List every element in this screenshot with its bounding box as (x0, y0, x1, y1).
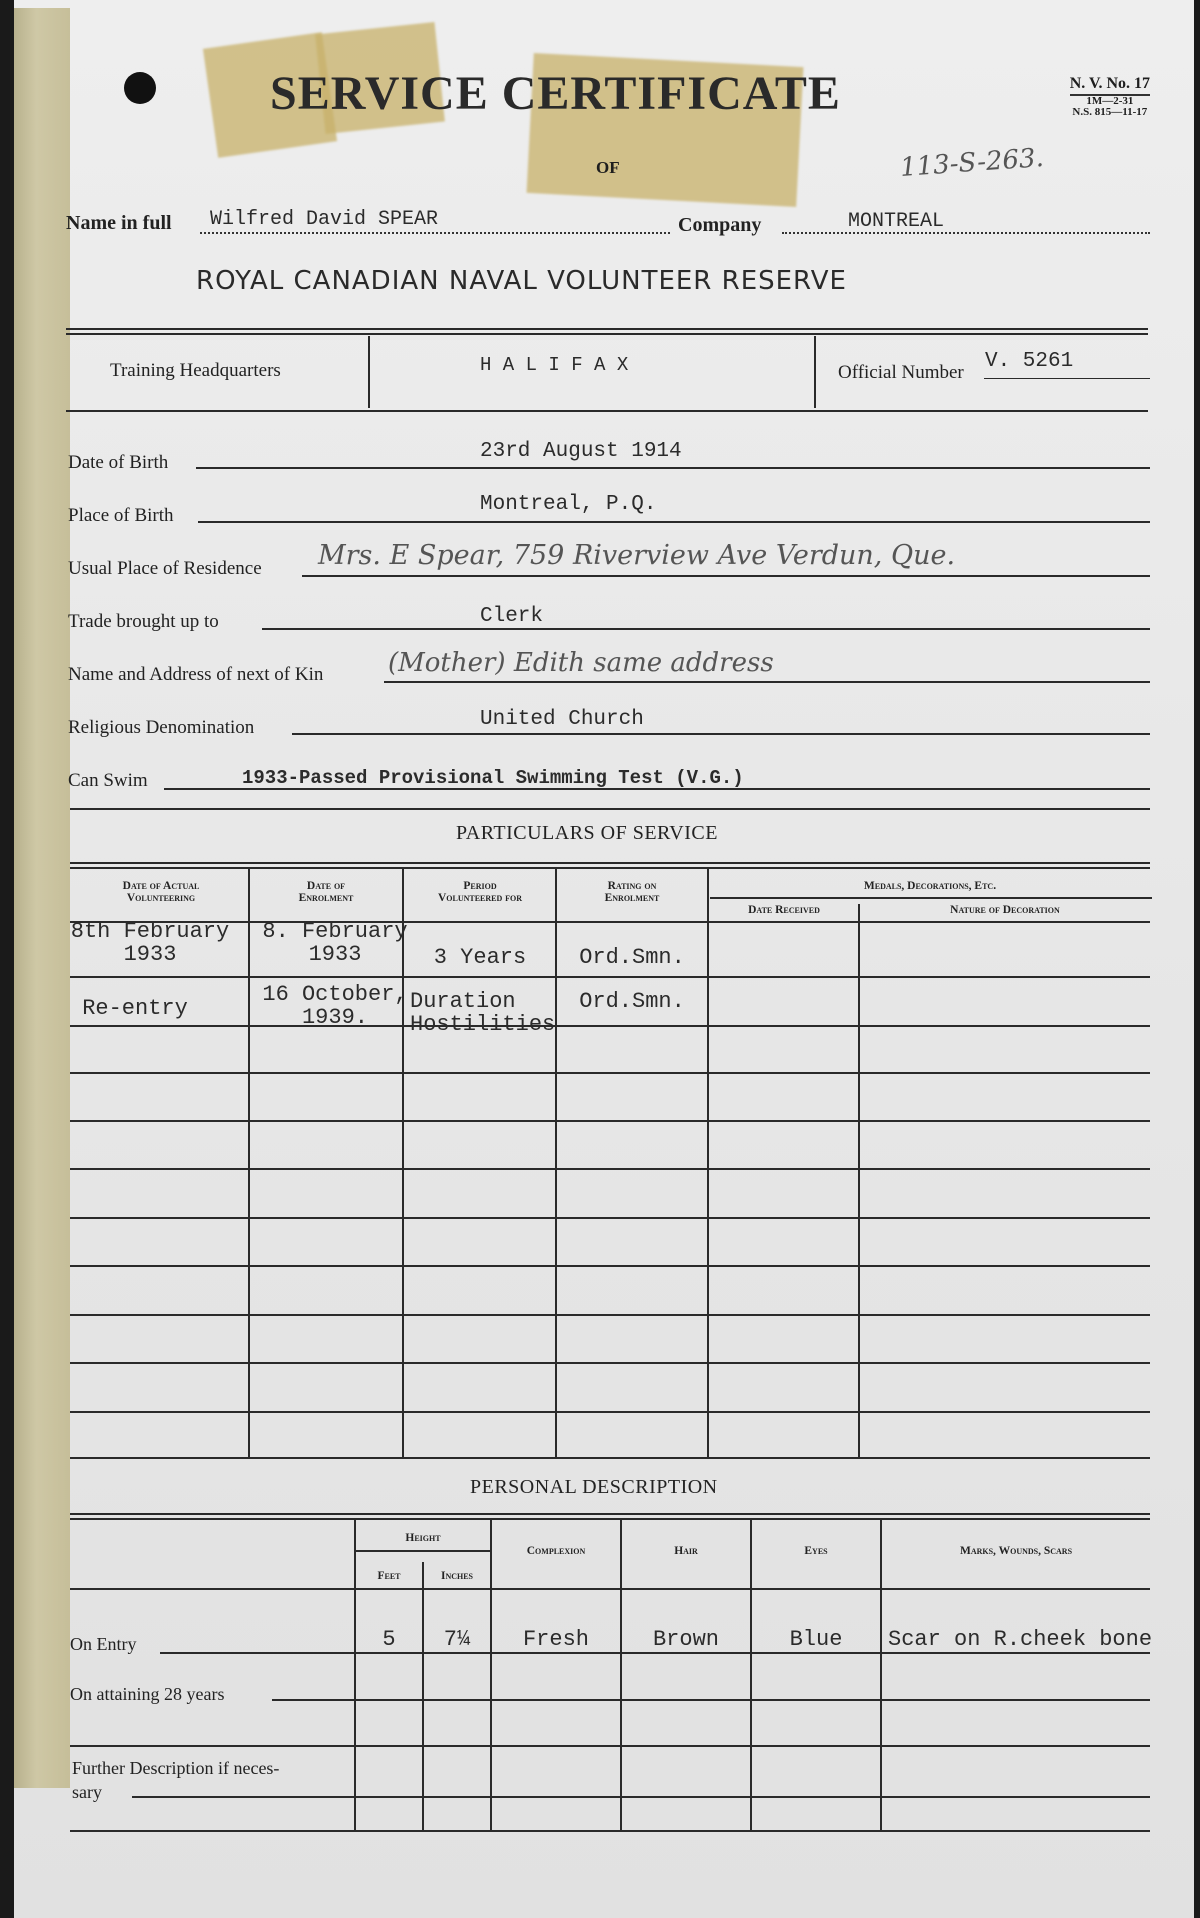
form-code-2: N.S. 815—11-17 (1070, 107, 1150, 119)
service-section-title: PARTICULARS OF SERVICE (456, 822, 718, 845)
col-complexion-header: Complexion (492, 1545, 620, 1557)
row-line (70, 1265, 1150, 1267)
can-swim-value: 1933-Passed Provisional Swimming Test (V… (242, 767, 744, 789)
row-line (70, 1588, 1150, 1590)
row-line (70, 1314, 1150, 1316)
col-hair-header: Hair (622, 1545, 750, 1557)
organization-name: ROYAL CANADIAN NAVAL VOLUNTEER RESERVE (196, 266, 847, 296)
col-feet-header: Feet (356, 1570, 422, 1582)
cell-enrolment: 8. February 1933 (250, 920, 420, 966)
official-number-value: V. 5261 (985, 350, 1073, 373)
name-value: Wilfred David SPEAR (210, 208, 438, 231)
row-line (70, 1362, 1150, 1364)
name-label: Name in full (66, 212, 172, 235)
religion-label: Religious Denomination (68, 717, 254, 739)
row-line (70, 1168, 1150, 1170)
divider (70, 1518, 1150, 1520)
next-of-kin-label: Name and Address of next of Kin (68, 664, 323, 686)
col-marks-header: Marks, Wounds, Scars (882, 1545, 1150, 1557)
divider (814, 336, 816, 408)
row-line (272, 1699, 1150, 1701)
form-number-block: N. V. No. 17 1M—2-31 N.S. 815—11-17 (1070, 76, 1150, 119)
official-number-line (984, 378, 1150, 379)
col-period-header: Period Volunteered for (404, 880, 556, 904)
column-divider (880, 1520, 882, 1830)
trade-label: Trade brought up to (68, 611, 219, 633)
description-section-title: PERSONAL DESCRIPTION (470, 1476, 718, 1499)
row-line (132, 1796, 1150, 1798)
height-header-line (356, 1550, 490, 1552)
column-divider (620, 1520, 622, 1830)
column-divider (354, 1520, 356, 1830)
row-line (70, 976, 1150, 978)
cell-volunteering: 8th February 1933 (50, 920, 250, 966)
row-line (70, 1745, 1150, 1747)
column-divider (858, 904, 860, 1458)
divider (70, 808, 1150, 810)
col-rating-header: Rating on Enrolment (557, 880, 707, 904)
residence-label: Usual Place of Residence (68, 558, 262, 580)
col-date-received-header: Date Received (709, 904, 859, 916)
col-eyes-header: Eyes (752, 1545, 880, 1557)
cell-enrolment: 16 October, 1939. (250, 983, 420, 1029)
field-line (292, 733, 1150, 735)
field-line (384, 681, 1150, 683)
column-divider (422, 1562, 424, 1830)
cell-complexion: Fresh (492, 1628, 620, 1651)
trade-value: Clerk (480, 605, 543, 628)
divider (66, 410, 1148, 412)
cell-eyes: Blue (752, 1628, 880, 1651)
cell-rating: Ord.Smn. (557, 990, 707, 1013)
col-volunteering-header: Date of Actual Volunteering (76, 880, 246, 904)
of-label: OF (596, 158, 620, 178)
company-value: MONTREAL (848, 210, 944, 233)
row-line (70, 1217, 1150, 1219)
company-dotted-line (782, 232, 1150, 234)
training-hq-value: H A L I F A X (480, 354, 628, 376)
field-line (198, 521, 1150, 523)
training-hq-label: Training Headquarters (110, 360, 281, 382)
field-line (262, 628, 1150, 630)
punch-hole (124, 72, 156, 104)
divider (70, 1513, 1150, 1515)
column-divider (490, 1520, 492, 1830)
form-number: N. V. No. 17 (1070, 76, 1150, 96)
row-line (70, 1457, 1150, 1459)
col-medals-header: Medals, Decorations, Etc. (709, 880, 1151, 892)
col-enrolment-header: Date of Enrolment (250, 880, 402, 904)
can-swim-label: Can Swim (68, 770, 148, 792)
column-divider (707, 868, 709, 1458)
divider (66, 328, 1148, 330)
divider (368, 336, 370, 408)
date-of-birth-value: 23rd August 1914 (480, 440, 682, 463)
binding-tape (14, 8, 70, 1788)
cell-inches: 7¼ (424, 1628, 490, 1651)
col-inches-header: Inches (424, 1570, 490, 1582)
row-line (70, 1072, 1150, 1074)
column-divider (750, 1520, 752, 1830)
cell-volunteering: Re-entry (50, 997, 220, 1020)
row-line (70, 1025, 1150, 1027)
cell-feet: 5 (356, 1628, 422, 1651)
next-of-kin-value: (Mother) Edith same address (388, 648, 774, 678)
cell-rating: Ord.Smn. (557, 946, 707, 969)
place-of-birth-label: Place of Birth (68, 505, 174, 527)
cell-marks: Scar on R.cheek bone (888, 1628, 1200, 1651)
row-label-on-entry: On Entry (70, 1634, 137, 1655)
row-line (70, 1120, 1150, 1122)
field-line (196, 467, 1150, 469)
field-line (302, 575, 1150, 577)
date-of-birth-label: Date of Birth (68, 452, 168, 474)
row-label-28-years: On attaining 28 years (70, 1684, 224, 1705)
residence-value: Mrs. E Spear, 759 Riverview Ave Verdun, … (318, 540, 955, 571)
document-title: SERVICE CERTIFICATE (270, 66, 841, 121)
official-number-label: Official Number (838, 362, 964, 384)
divider (70, 867, 1150, 869)
row-line (70, 1411, 1150, 1413)
divider (66, 333, 1148, 335)
medals-header-line (710, 897, 1152, 899)
cell-hair: Brown (622, 1628, 750, 1651)
col-nature-header: Nature of Decoration (860, 904, 1150, 916)
company-label: Company (678, 214, 761, 237)
cell-period: 3 Years (404, 946, 556, 969)
religion-value: United Church (480, 708, 644, 731)
row-line (160, 1652, 1150, 1654)
name-dotted-line (200, 232, 670, 234)
place-of-birth-value: Montreal, P.Q. (480, 493, 656, 516)
divider (70, 1830, 1150, 1832)
divider (70, 862, 1150, 864)
field-line (164, 788, 1150, 790)
col-height-header: Height (356, 1532, 490, 1544)
